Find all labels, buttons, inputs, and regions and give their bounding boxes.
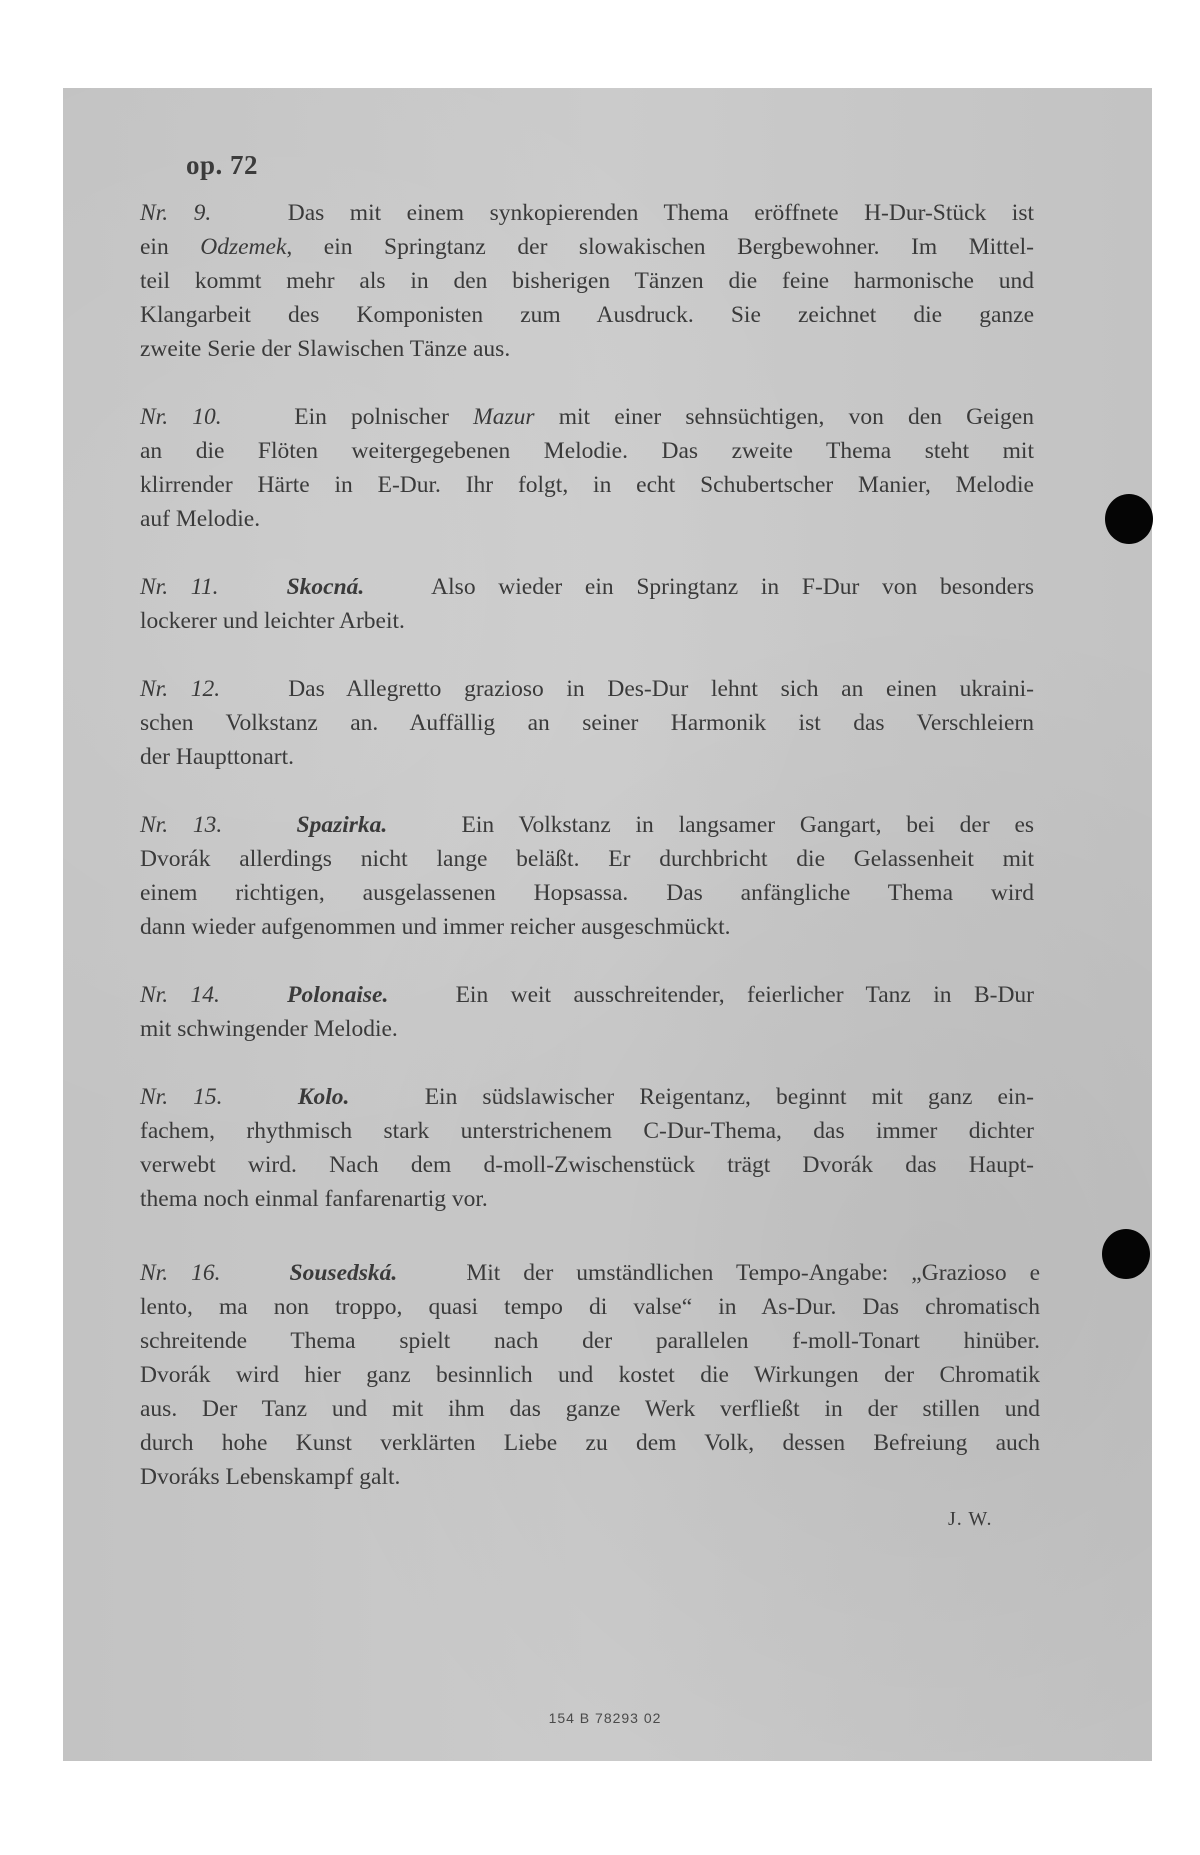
- paragraph-line: verwebt wird. Nach dem d-moll-Zwischenst…: [140, 1150, 1034, 1180]
- dance-number: Nr. 10.: [140, 404, 222, 430]
- paragraph-line: ein Odzemek, ein Springtanz der slowakis…: [140, 232, 1034, 262]
- paragraph-line: schen Volkstanz an. Auffällig an seiner …: [140, 708, 1034, 738]
- paragraph-line: Nr. 15. Kolo. Ein südslawischer Reigenta…: [140, 1082, 1034, 1112]
- paragraph-line: einem richtigen, ausgelassenen Hopsassa.…: [140, 878, 1034, 908]
- dance-number: Nr. 11.: [140, 574, 218, 600]
- paragraph-line: klirrender Härte in E-Dur. Ihr folgt, in…: [140, 470, 1034, 500]
- paragraph-line: mit schwingender Melodie.: [140, 1014, 1034, 1044]
- dance-name: Odzemek: [200, 234, 286, 260]
- dance-name: Sousedská.: [290, 1260, 398, 1286]
- dance-name: Spazirka.: [297, 812, 388, 838]
- paragraph-line: lockerer und leichter Arbeit.: [140, 606, 1034, 636]
- punch-hole-icon: [1105, 494, 1153, 544]
- paragraph-line: der Haupttonart.: [140, 742, 1034, 772]
- paragraph-line: Dvorák wird hier ganz besinnlich und kos…: [140, 1360, 1040, 1390]
- dance-name: Polonaise.: [287, 982, 388, 1008]
- paragraph-line: Klangarbeit des Komponisten zum Ausdruck…: [140, 300, 1034, 330]
- paragraph-line: aus. Der Tanz und mit ihm das ganze Werk…: [140, 1394, 1040, 1424]
- paragraph-line: auf Melodie.: [140, 504, 1034, 534]
- paragraph-line: Nr. 13. Spazirka. Ein Volkstanz in langs…: [140, 810, 1034, 840]
- paragraph-line: zweite Serie der Slawischen Tänze aus.: [140, 334, 1034, 364]
- paragraph-line: fachem, rhythmisch stark unterstrichenem…: [140, 1116, 1034, 1146]
- paragraph-line: thema noch einmal fanfarenartig vor.: [140, 1184, 1034, 1214]
- author-signature: J. W.: [948, 1508, 992, 1531]
- paragraph-line: lento, ma non troppo, quasi tempo di val…: [140, 1292, 1040, 1322]
- paragraph-line: Nr. 9. Das mit einem synkopierenden Them…: [140, 198, 1034, 228]
- dance-number: Nr. 16.: [140, 1260, 220, 1286]
- paragraph-line: Nr. 12. Das Allegretto grazioso in Des-D…: [140, 674, 1034, 704]
- opus-heading: op. 72: [186, 150, 258, 181]
- dance-number: Nr. 14.: [140, 982, 220, 1008]
- paragraph-line: teil kommt mehr als in den bisherigen Tä…: [140, 266, 1034, 296]
- paragraph-line: schreitende Thema spielt nach der parall…: [140, 1326, 1040, 1356]
- paragraph-line: an die Flöten weitergegebenen Melodie. D…: [140, 436, 1034, 466]
- paragraph-line: durch hohe Kunst verklärten Liebe zu dem…: [140, 1428, 1040, 1458]
- paragraph-line: Nr. 11. Skocná. Also wieder ein Springta…: [140, 572, 1034, 602]
- dance-name: Kolo.: [298, 1084, 350, 1110]
- dance-name: Mazur: [473, 404, 534, 430]
- dance-number: Nr. 13.: [140, 812, 222, 838]
- paragraph-line: Dvorák allerdings nicht lange beläßt. Er…: [140, 844, 1034, 874]
- dance-number: Nr. 9.: [140, 200, 211, 226]
- print-code: 154 B 78293 02: [520, 1710, 690, 1726]
- paragraph-line: Dvoráks Lebenskampf galt.: [140, 1462, 1040, 1492]
- dance-number: Nr. 12.: [140, 676, 220, 702]
- dance-number: Nr. 15.: [140, 1084, 223, 1110]
- paragraph-line: Nr. 16. Sousedská. Mit der umständlichen…: [140, 1258, 1040, 1288]
- punch-hole-icon: [1102, 1229, 1150, 1279]
- paragraph-line: Nr. 10. Ein polnischer Mazur mit einer s…: [140, 402, 1034, 432]
- paragraph-line: dann wieder aufgenommen und immer reiche…: [140, 912, 1034, 942]
- dance-name: Skocná.: [287, 574, 365, 600]
- paragraph-line: Nr. 14. Polonaise. Ein weit ausschreiten…: [140, 980, 1034, 1010]
